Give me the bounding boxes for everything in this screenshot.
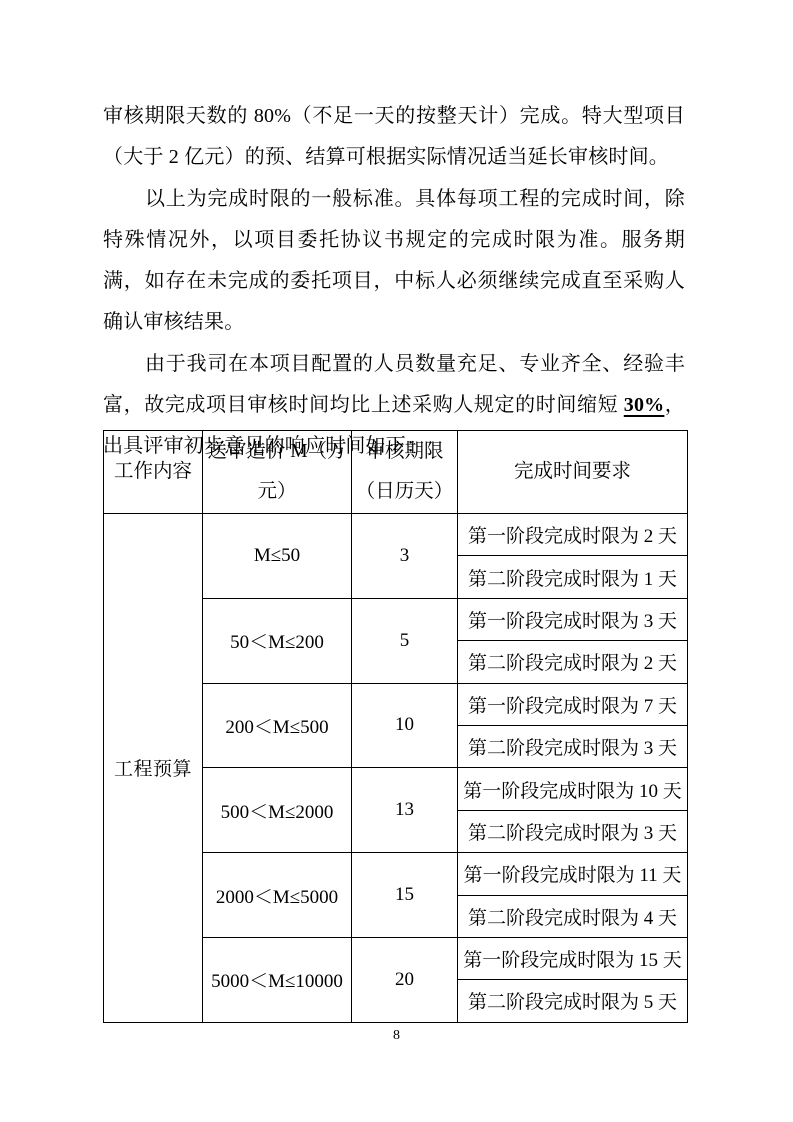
header-work-content: 工作内容 [104,431,203,514]
range-cell: 5000＜M≤10000 [203,937,352,1022]
phase1-cell: 第一阶段完成时限为 3 天 [458,598,688,640]
paragraph-staffing-before: 由于我司在本项目配置的人员数量充足、专业齐全、经验丰富，故完成项目审核时间均比上… [103,353,685,416]
phase2-cell: 第二阶段完成时限为 3 天 [458,810,688,852]
paragraph-audit-period: 审核期限天数的 80%（不足一天的按整天计）完成。特大型项目（大于 2 亿元）的… [103,96,685,179]
paragraph-general-standard: 以上为完成时限的一般标准。具体每项工程的完成时间，除特殊情况外，以项目委托协议书… [103,179,685,344]
days-cell: 15 [352,853,458,938]
header-audit-period: 审核期限 （日历天） [352,431,458,514]
phase1-cell: 第一阶段完成时限为 10 天 [458,768,688,810]
table-row: 工程预算 M≤50 3 第一阶段完成时限为 2 天 [104,514,688,556]
work-content-cell: 工程预算 [104,514,203,1023]
days-cell: 5 [352,598,458,683]
header-submitted-price: 送审造价 M（万 元） [203,431,352,514]
range-cell: M≤50 [203,514,352,599]
shortened-percentage: 30% [624,394,665,416]
document-page: 审核期限天数的 80%（不足一天的按整天计）完成。特大型项目（大于 2 亿元）的… [0,0,793,1122]
phase2-cell: 第二阶段完成时限为 2 天 [458,641,688,683]
phase2-cell: 第二阶段完成时限为 4 天 [458,895,688,937]
range-cell: 2000＜M≤5000 [203,853,352,938]
phase2-cell: 第二阶段完成时限为 5 天 [458,980,688,1022]
phase2-cell: 第二阶段完成时限为 1 天 [458,556,688,598]
body-text: 审核期限天数的 80%（不足一天的按整天计）完成。特大型项目（大于 2 亿元）的… [103,96,685,468]
page-number: 8 [0,1028,793,1044]
header-audit-period-line2: （日历天） [352,472,457,512]
phase1-cell: 第一阶段完成时限为 2 天 [458,514,688,556]
range-cell: 200＜M≤500 [203,683,352,768]
days-cell: 10 [352,683,458,768]
range-cell: 500＜M≤2000 [203,768,352,853]
phase1-cell: 第一阶段完成时限为 11 天 [458,853,688,895]
header-audit-period-line1: 审核期限 [352,432,457,472]
phase2-cell: 第二阶段完成时限为 3 天 [458,725,688,767]
days-cell: 20 [352,937,458,1022]
phase1-cell: 第一阶段完成时限为 15 天 [458,937,688,979]
table-header-row: 工作内容 送审造价 M（万 元） 审核期限 （日历天） 完成时间要求 [104,431,688,514]
header-completion-requirement: 完成时间要求 [458,431,688,514]
days-cell: 13 [352,768,458,853]
phase1-cell: 第一阶段完成时限为 7 天 [458,683,688,725]
header-submitted-price-line2: 元） [203,472,351,512]
completion-time-table: 工作内容 送审造价 M（万 元） 审核期限 （日历天） 完成时间要求 工程预算 … [103,430,688,1023]
days-cell: 3 [352,514,458,599]
range-cell: 50＜M≤200 [203,598,352,683]
header-submitted-price-line1: 送审造价 M（万 [203,432,351,472]
